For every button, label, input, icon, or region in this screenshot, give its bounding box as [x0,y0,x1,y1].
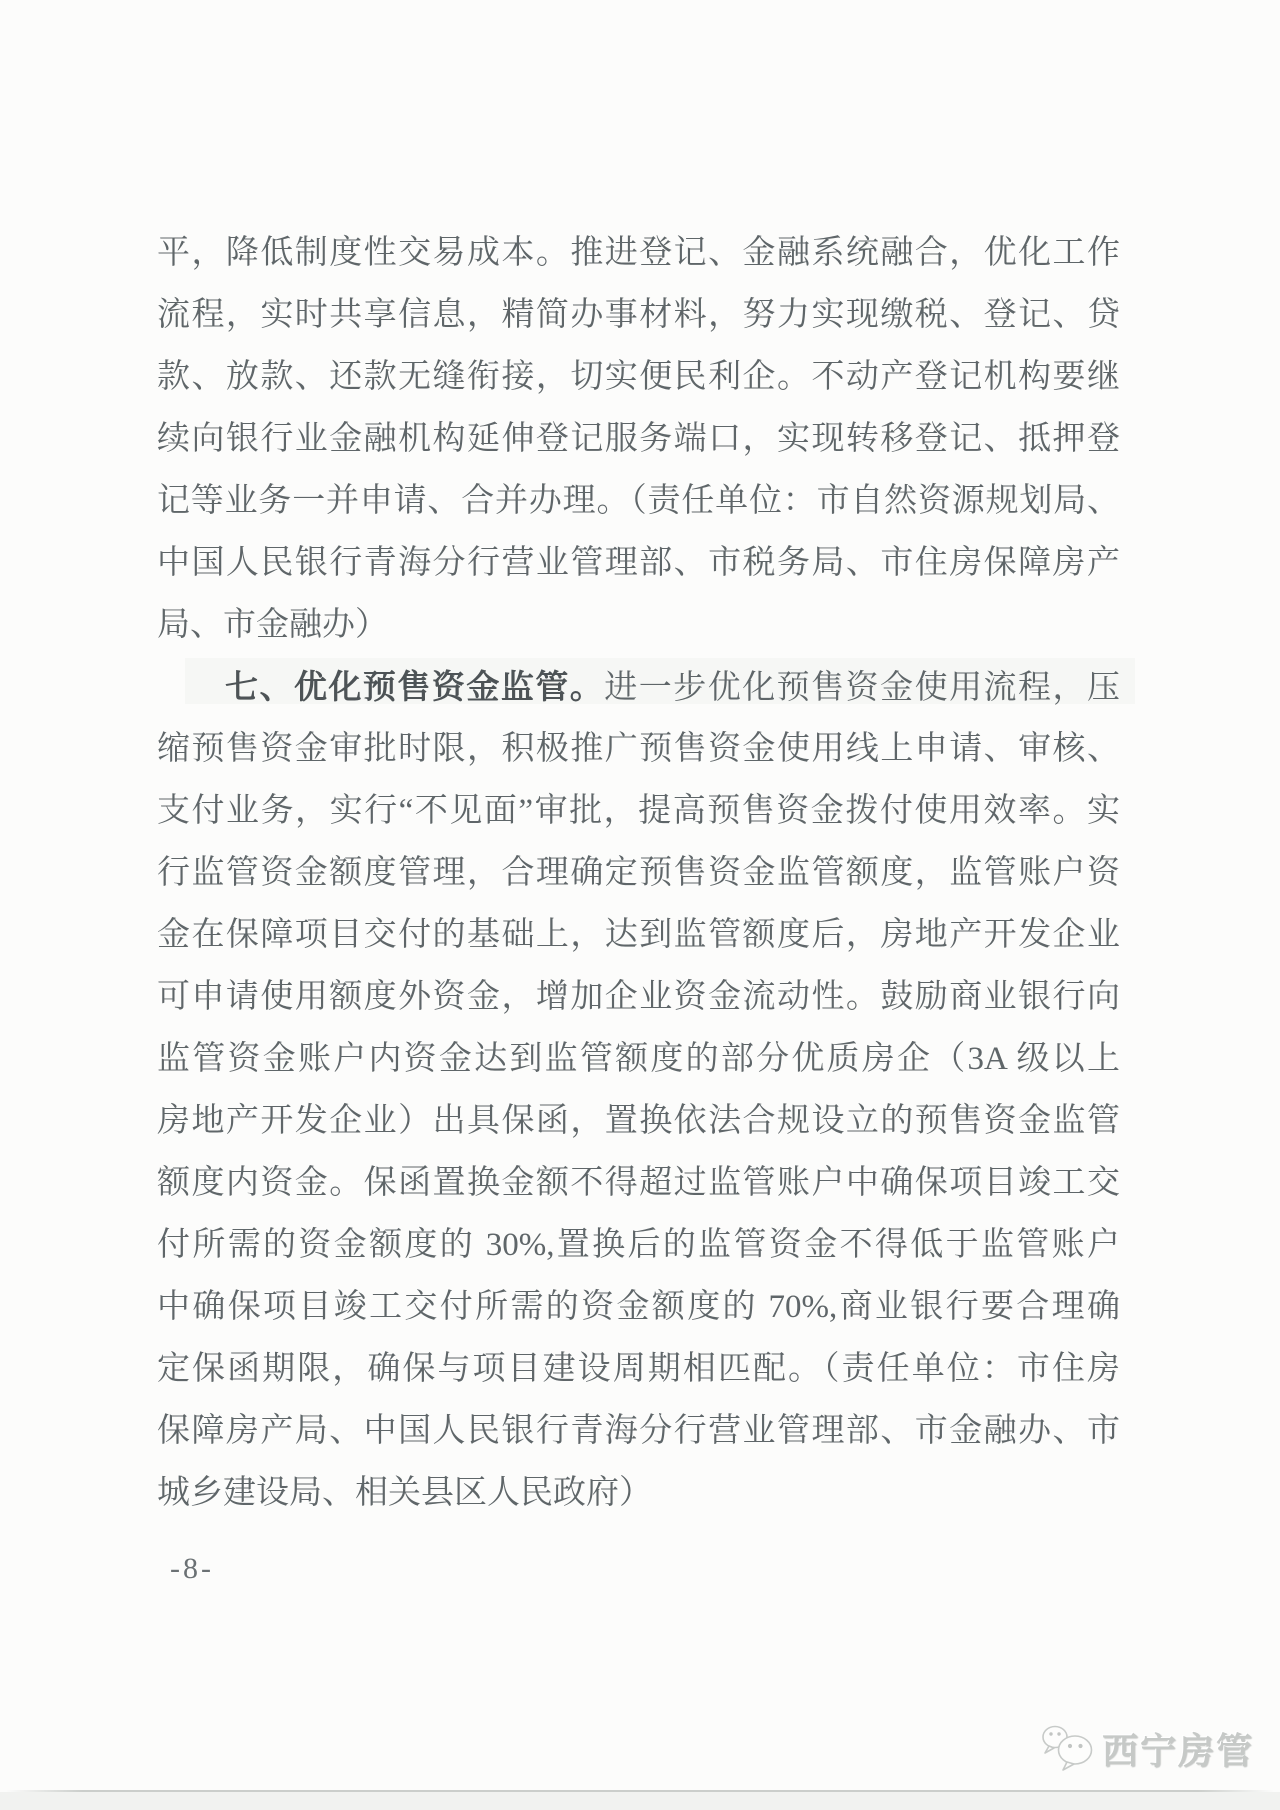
text-line: 金在保障项目交付的基础上，达到监管额度后，房地产开发企业 [157,904,1120,966]
text-line: 付所需的资金额度的 30%,置换后的监管资金不得低于监管账户 [157,1214,1120,1276]
text-line: 房地产开发企业）出具保函，置换依法合规设立的预售资金监管 [157,1090,1120,1152]
text-line section-start: 七、优化预售资金监管。进一步优化预售资金使用流程，压 [157,656,1120,718]
text-line paragraph-end: 局、市金融办） [157,594,1120,656]
document-page: 平，降低制度性交易成本。推进登记、金融系统融合，优化工作 流程，实时共享信息，精… [0,0,1280,1810]
text-line: 续向银行业金融机构延伸登记服务端口，实现转移登记、抵押登 [157,408,1120,470]
text-line: 额度内资金。保函置换金额不得超过监管账户中确保项目竣工交 [157,1152,1120,1214]
text-line paragraph-end: 城乡建设局、相关县区人民政府） [157,1462,1120,1524]
wechat-icon [1040,1722,1096,1774]
text-line: 行监管资金额度管理，合理确定预售资金监管额度，监管账户资 [157,842,1120,904]
text-line: 中确保项目竣工交付所需的资金额度的 70%,商业银行要合理确 [157,1276,1120,1338]
text-line: 可申请使用额度外资金，增加企业资金流动性。鼓励商业银行向 [157,966,1120,1028]
text-line: 定保函期限，确保与项目建设周期相匹配。（责任单位：市住房 [157,1338,1120,1400]
section-heading: 七、优化预售资金监管。 [225,668,604,705]
text-line: 支付业务，实行“不见面”审批，提高预售资金拨付使用效率。实 [157,780,1120,842]
page-number: -8- [170,1549,214,1589]
text-line: 款、放款、还款无缝衔接，切实便民利企。不动产登记机构要继 [157,346,1120,408]
text-line: 平，降低制度性交易成本。推进登记、金融系统融合，优化工作 [157,222,1120,284]
watermark-text: 西宁房管 [1102,1723,1254,1774]
section-heading-continuation: 进一步优化预售资金使用流程，压 [604,670,1120,706]
text-line: 监管资金账户内资金达到监管额度的部分优质房企（3A 级以上 [157,1028,1120,1090]
document-text-block: 平，降低制度性交易成本。推进登记、金融系统融合，优化工作 流程，实时共享信息，精… [157,222,1120,1524]
text-line: 缩预售资金审批时限，积极推广预售资金使用线上申请、审核、 [157,718,1120,780]
text-line: 流程，实时共享信息，精简办事材料，努力实现缴税、登记、贷 [157,284,1120,346]
text-line: 记等业务一并申请、合并办理。（责任单位：市自然资源规划局、 [157,470,1120,532]
page-bottom-edge [0,1792,1280,1810]
text-line: 中国人民银行青海分行营业管理部、市税务局、市住房保障房产 [157,532,1120,594]
text-line: 保障房产局、中国人民银行青海分行营业管理部、市金融办、市 [157,1400,1120,1462]
wechat-watermark: 西宁房管 [1040,1722,1254,1774]
